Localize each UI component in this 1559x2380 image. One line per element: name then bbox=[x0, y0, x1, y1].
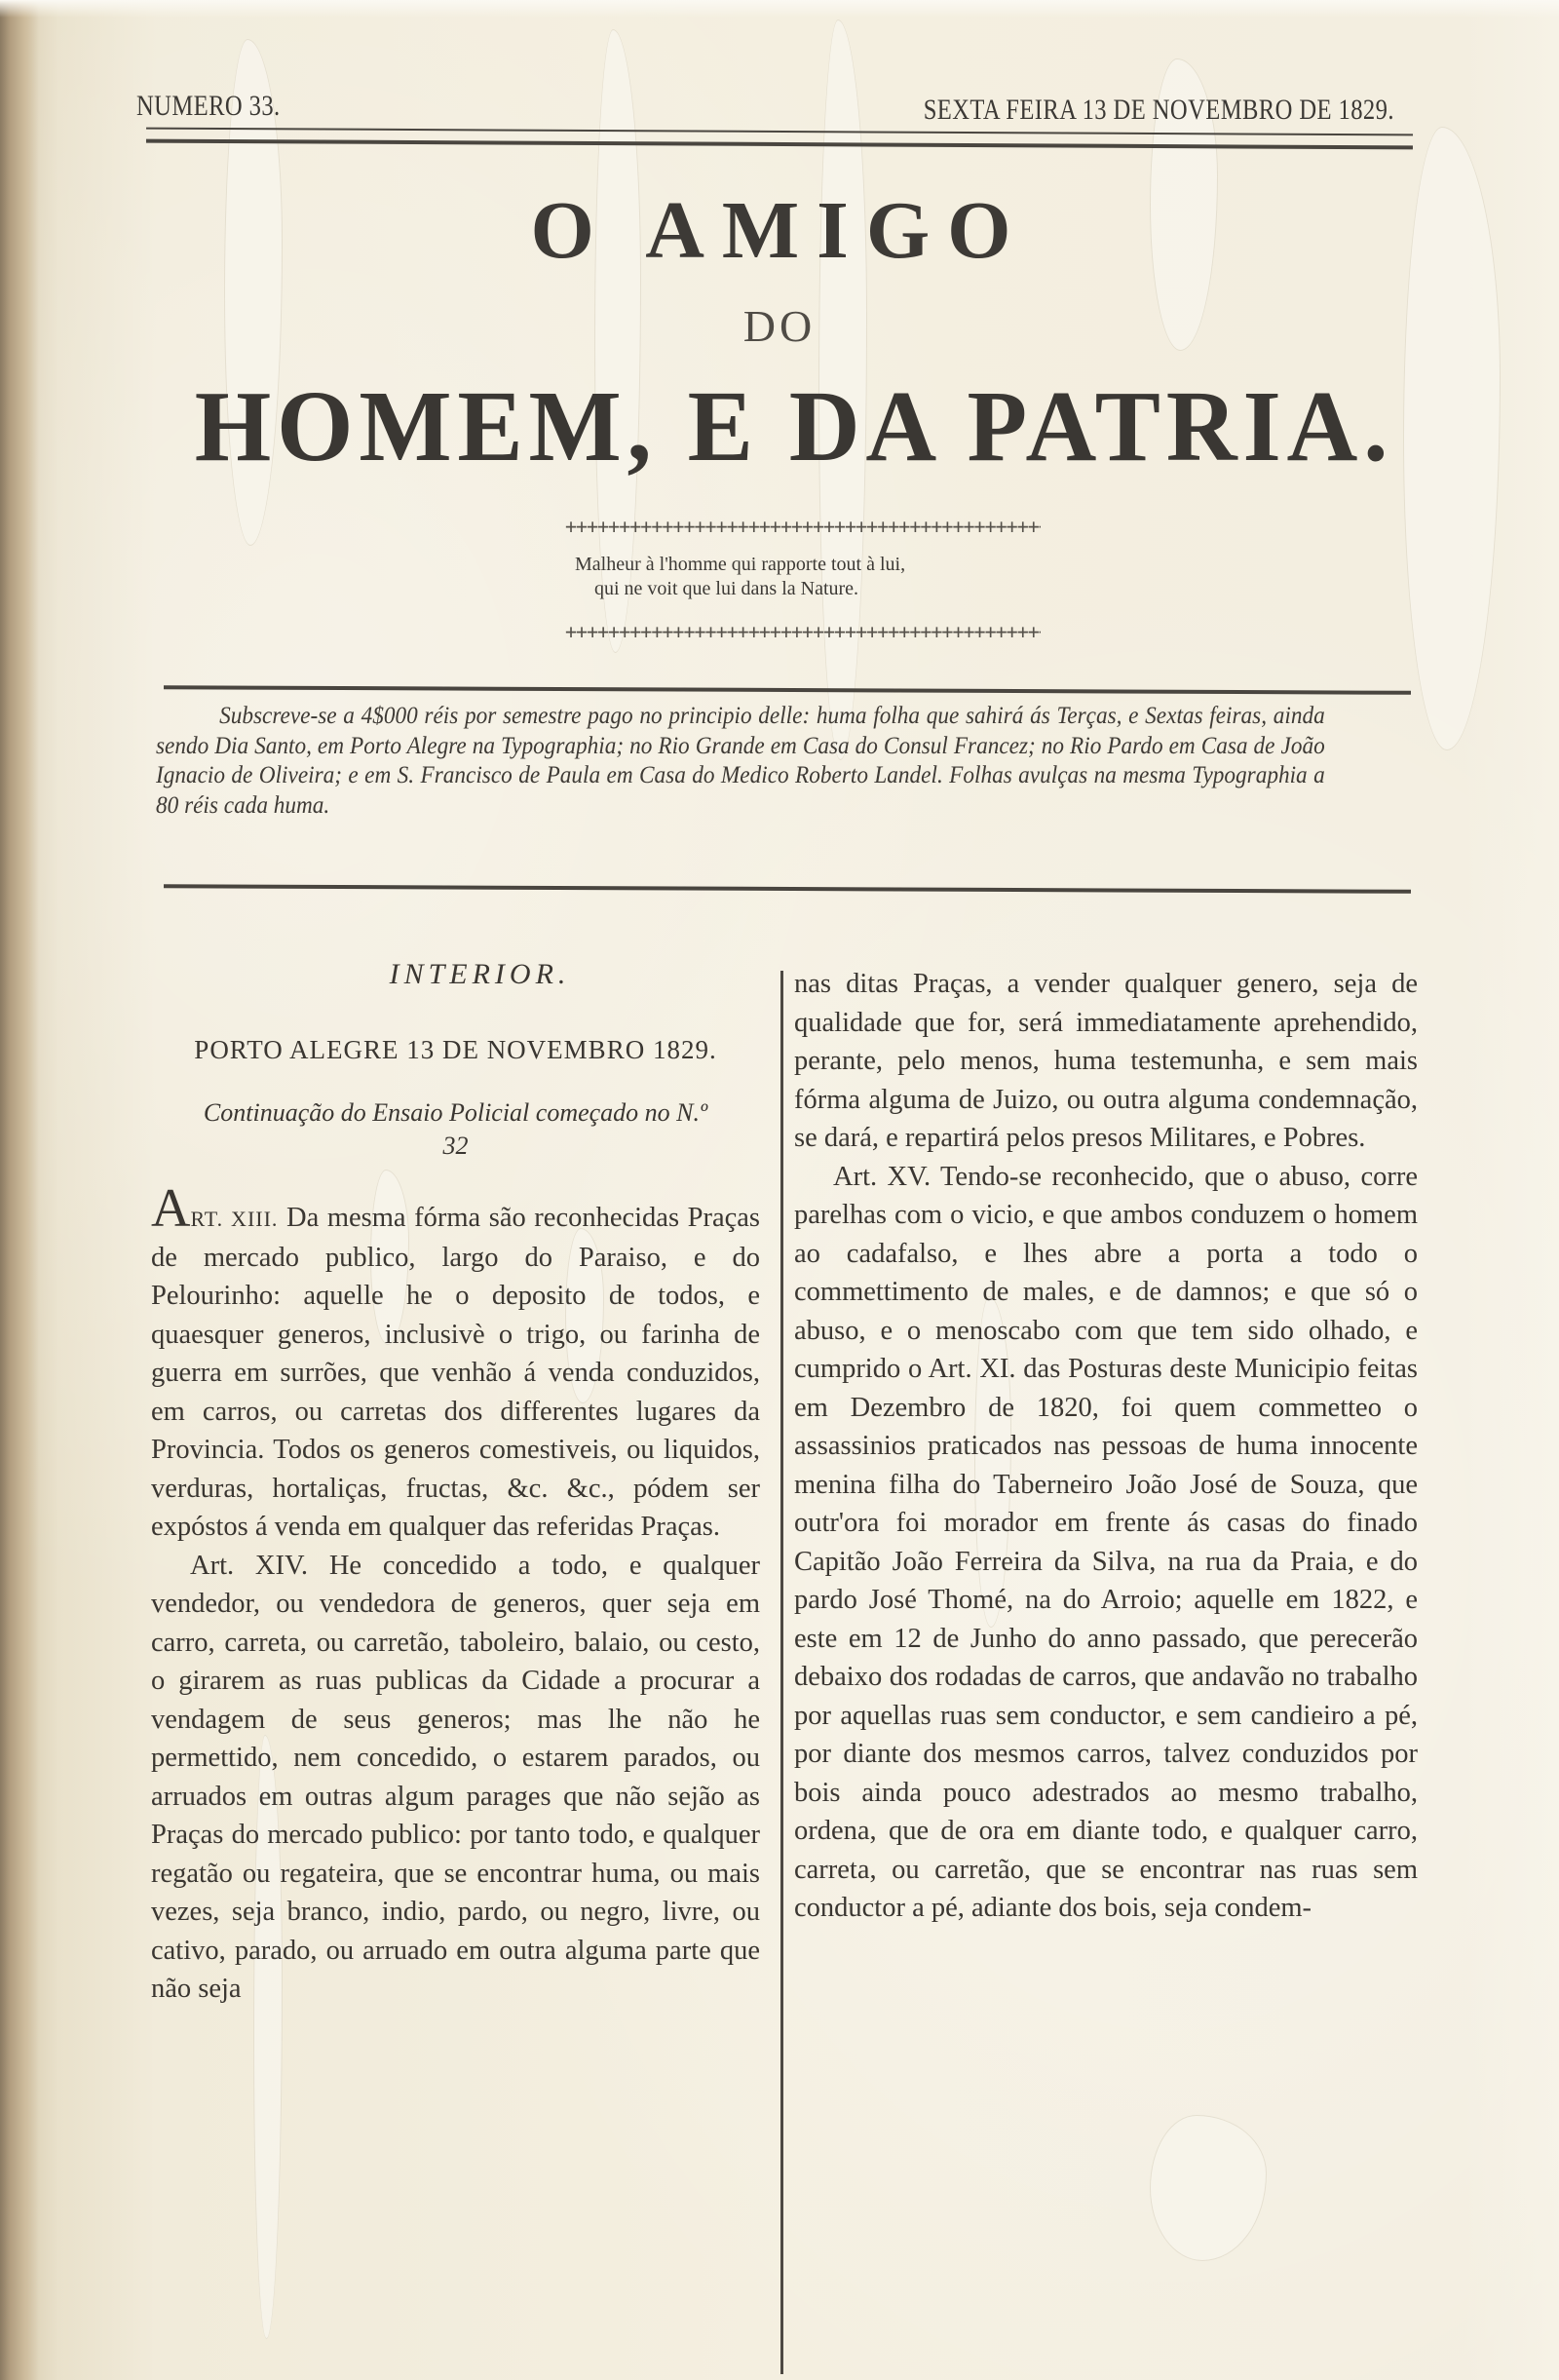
drop-cap: A bbox=[151, 1178, 190, 1239]
notice-rule-bottom bbox=[164, 884, 1411, 894]
epigraph-line-1: Malheur à l'homme qui rapporte tout à lu… bbox=[575, 553, 1043, 577]
title-line-3: HOMEM, E DA PATRIA. bbox=[184, 368, 1403, 484]
article-14-continued: nas ditas Praças, a vender qualquer gene… bbox=[794, 965, 1418, 1158]
newspaper-page: NUMERO 33. SEXTA FEIRA 13 DE NOVEMBRO DE… bbox=[0, 0, 1559, 2380]
ornament-rule-bottom: ++++++++++++++++++++++++++++++++++++++++… bbox=[565, 620, 1041, 643]
title-line-2: DO bbox=[0, 300, 1559, 352]
epigraph-line-2: qui ne voit que lui dans la Nature. bbox=[575, 577, 1043, 601]
section-heading: INTERIOR. bbox=[151, 955, 760, 994]
notice-rule-top bbox=[164, 685, 1411, 695]
masthead-rule bbox=[146, 128, 1413, 150]
article-13-label: RT. XIII. bbox=[190, 1207, 278, 1231]
article-14: Art. XIV. He concedido a todo, e qualque… bbox=[151, 1547, 760, 2009]
issue-number: NUMERO 33. bbox=[136, 90, 281, 123]
title-line-1: O AMIGO bbox=[0, 183, 1559, 278]
binding-edge bbox=[0, 0, 39, 2380]
continuation-note: Continuação do Ensaio Policial começado … bbox=[151, 1096, 760, 1163]
column-divider bbox=[780, 971, 783, 2374]
paper-damage bbox=[1150, 2115, 1267, 2261]
subscription-notice: Subscreve-se a 4$000 réis por semestre p… bbox=[156, 702, 1325, 821]
ornament-rule-top: ++++++++++++++++++++++++++++++++++++++++… bbox=[565, 515, 1041, 538]
dateline: PORTO ALEGRE 13 DE NOVEMBRO 1829. bbox=[151, 1031, 760, 1070]
issue-info-row: NUMERO 33. SEXTA FEIRA 13 DE NOVEMBRO DE… bbox=[136, 90, 1183, 129]
right-column: nas ditas Praças, a vender qualquer gene… bbox=[794, 965, 1418, 1928]
article-13: ART. XIII. Da mesma fórma são reconhecid… bbox=[151, 1190, 760, 1547]
left-column: INTERIOR. PORTO ALEGRE 13 DE NOVEMBRO 18… bbox=[151, 955, 760, 2009]
issue-date: SEXTA FEIRA 13 DE NOVEMBRO DE 1829. bbox=[924, 94, 1394, 127]
article-15: Art. XV. Tendo-se reconhecido, que o abu… bbox=[794, 1158, 1418, 1928]
page-top-edge bbox=[0, 0, 1559, 18]
article-13-text: Da mesma fórma são reconhecidas Praças d… bbox=[151, 1203, 760, 1542]
epigraph: Malheur à l'homme qui rapporte tout à lu… bbox=[575, 553, 1043, 601]
